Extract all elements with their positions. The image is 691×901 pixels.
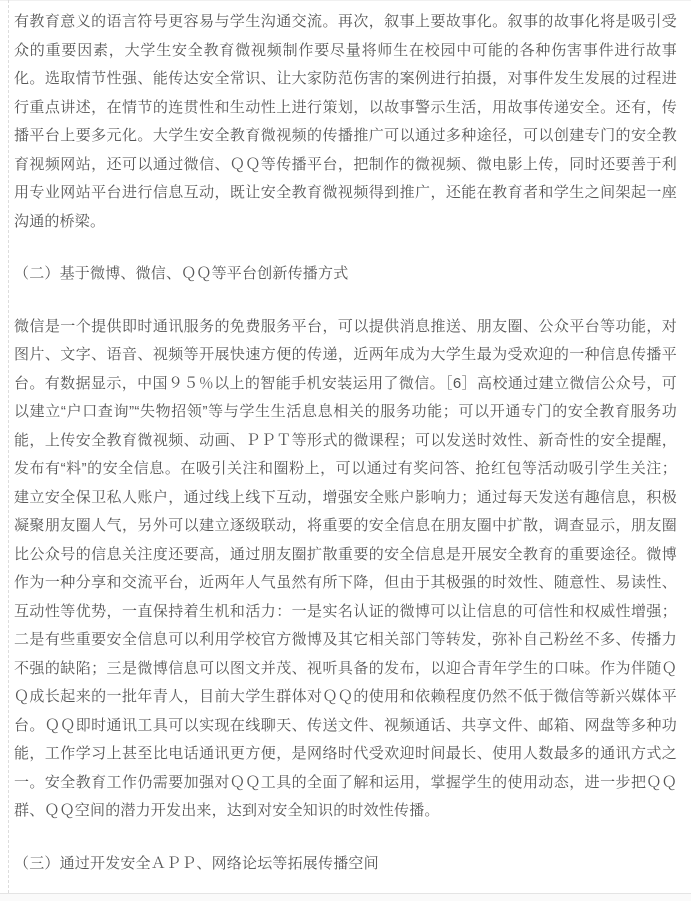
document-content: 有教育意义的语言符号更容易与学生沟通交流。再次，叙事上要故事化。叙事的故事化将是… — [14, 8, 677, 901]
body-paragraph-1: 有教育意义的语言符号更容易与学生沟通交流。再次，叙事上要故事化。叙事的故事化将是… — [14, 8, 677, 236]
document-page: 有教育意义的语言符号更容易与学生沟通交流。再次，叙事上要故事化。叙事的故事化将是… — [0, 0, 691, 901]
page-left-dashed-border — [8, 0, 9, 893]
section-heading-3: （三）通过开发安全ＡＰＰ、网络论坛等拓展传播空间 — [14, 850, 677, 879]
page-bottom-border — [0, 893, 691, 901]
section-heading-2: （二）基于微博、微信、ＱＱ等平台创新传播方式 — [14, 260, 677, 289]
page-top-border — [0, 0, 691, 1]
body-paragraph-2: 微信是一个提供即时通讯服务的免费服务平台，可以提供消息推送、朋友圈、公众平台等功… — [14, 313, 677, 826]
